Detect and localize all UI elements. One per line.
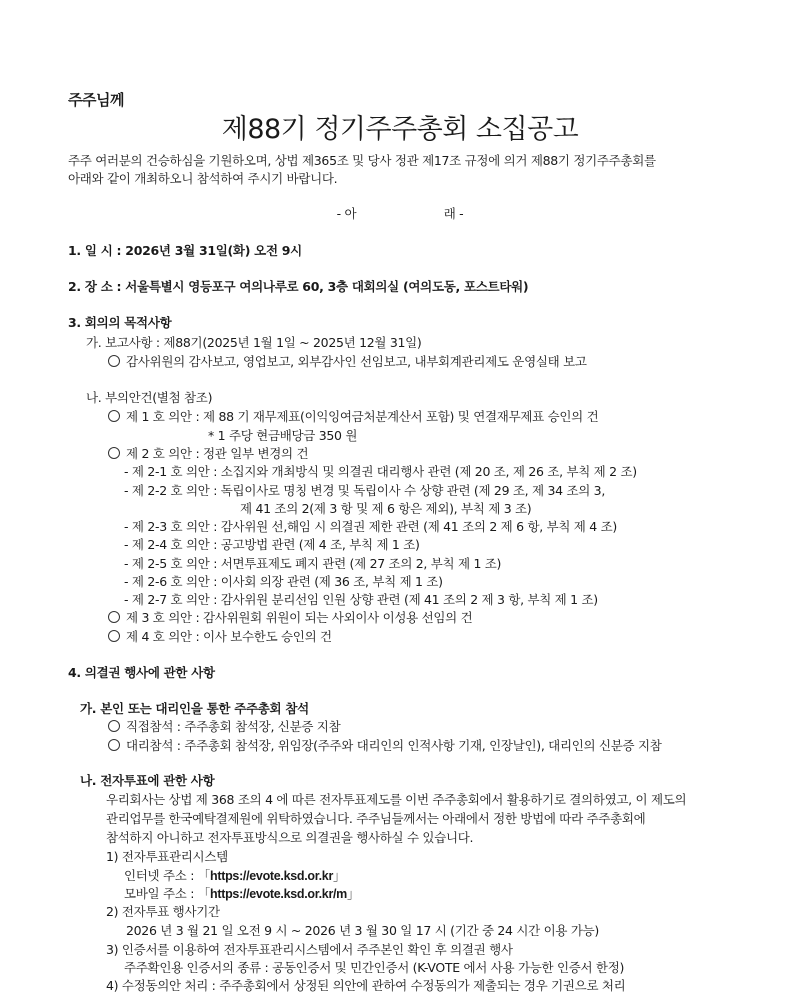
section-agenda-heading: 3. 회의의 목적사항 bbox=[68, 313, 171, 331]
sub-agenda-2-1: - 제 2-1 호 의안 : 소집지와 개최방식 및 의결권 대리행사 관련 (… bbox=[124, 462, 637, 480]
intro-line-1: 주주 여러분의 건승하심을 기원하오며, 상법 제365조 및 당사 정관 제1… bbox=[68, 151, 656, 169]
agenda-item-4: 제 4 호 의안 : 이사 보수한도 승인의 건 bbox=[108, 627, 332, 645]
report-item-text: 감사위원의 감사보고, 영업보고, 외부감사인 선임보고, 내부회계관리제도 운… bbox=[126, 354, 587, 369]
evote-certificate-heading: 3) 인증서를 이용하여 전자투표관리시스템에서 주주본인 확인 후 의결권 행… bbox=[106, 940, 513, 958]
internet-address-label: 인터넷 주소 : 「 bbox=[124, 868, 210, 883]
circle-bullet-icon bbox=[108, 739, 120, 751]
sub-agenda-2-2: - 제 2-2 호 의안 : 독립이사로 명칭 변경 및 독립이사 수 상향 관… bbox=[124, 481, 605, 499]
evote-period-detail: 2026 년 3 월 21 일 오전 9 시 ~ 2026 년 3 월 30 일… bbox=[126, 921, 599, 939]
attendance-heading: 가. 본인 또는 대리인을 통한 주주총회 참석 bbox=[80, 699, 309, 717]
agenda-item-2-text: 제 2 호 의안 : 정관 일부 변경의 건 bbox=[126, 446, 308, 461]
circle-bullet-icon bbox=[108, 611, 120, 623]
circle-bullet-icon bbox=[108, 720, 120, 732]
sub-agenda-2-4: - 제 2-4 호 의안 : 공고방법 관련 (제 4 조, 부칙 제 1 조) bbox=[124, 535, 420, 553]
sub-agenda-2-7: - 제 2-7 호 의안 : 감사위원 분리선임 인원 상향 관련 (제 41 … bbox=[124, 590, 598, 608]
evote-heading: 나. 전자투표에 관한 사항 bbox=[80, 771, 214, 789]
direct-attendance: 직접참석 : 주주총회 참석장, 신분증 지참 bbox=[108, 717, 340, 735]
agenda-item-3: 제 3 호 의안 : 감사위원회 위원이 되는 사외이사 이성용 선임의 건 bbox=[108, 608, 472, 626]
agenda-heading: 나. 부의안건(별첨 참조) bbox=[86, 388, 212, 406]
proxy-attendance-text: 대리참석 : 주주총회 참석장, 위임장(주주와 대리인의 인적사항 기재, 인… bbox=[126, 738, 662, 753]
evote-paragraph-2: 관리업무를 한국예탁결제원에 위탁하였습니다. 주주님들께서는 아래에서 정한 … bbox=[106, 809, 645, 827]
section-voting-heading: 4. 의결권 행사에 관한 사항 bbox=[68, 663, 215, 681]
sub-agenda-2-3: - 제 2-3 호 의안 : 감사위원 선,해임 시 의결권 제한 관련 (제 … bbox=[124, 517, 617, 535]
circle-bullet-icon bbox=[108, 447, 120, 459]
agenda-item-1: 제 1 호 의안 : 제 88 기 재무제표(이익잉여금처분계산서 포함) 및 … bbox=[108, 407, 598, 425]
agenda-item-2: 제 2 호 의안 : 정관 일부 변경의 건 bbox=[108, 444, 308, 462]
evote-period-heading: 2) 전자투표 행사기간 bbox=[106, 902, 220, 920]
details-marker: - 아 래 - bbox=[0, 204, 800, 222]
circle-bullet-icon bbox=[108, 630, 120, 642]
details-marker-right: 래 - bbox=[444, 204, 464, 222]
close-bracket: 」 bbox=[333, 868, 345, 883]
report-item: 감사위원의 감사보고, 영업보고, 외부감사인 선임보고, 내부회계관리제도 운… bbox=[108, 352, 587, 370]
evote-paragraph-3: 참석하지 아니하고 전자투표방식으로 의결권을 행사하실 수 있습니다. bbox=[106, 828, 473, 846]
section-date: 1. 일 시 : 2026년 3월 31일(화) 오전 9시 bbox=[68, 241, 302, 259]
details-marker-left: - 아 bbox=[337, 204, 357, 222]
agenda-item-4-text: 제 4 호 의안 : 이사 보수한도 승인의 건 bbox=[126, 629, 332, 644]
evote-amendment-handling: 4) 수정동의안 처리 : 주주총회에서 상정된 의안에 관하여 수정동의가 제… bbox=[106, 976, 625, 994]
evote-paragraph-1: 우리회사는 상법 제 368 조의 4 에 따른 전자투표제도를 이번 주주총회… bbox=[106, 790, 686, 808]
sub-agenda-2-6: - 제 2-6 호 의안 : 이사회 의장 관련 (제 36 조, 부칙 제 1… bbox=[124, 572, 443, 590]
circle-bullet-icon bbox=[108, 355, 120, 367]
agenda-item-1-text: 제 1 호 의안 : 제 88 기 재무제표(이익잉여금처분계산서 포함) 및 … bbox=[126, 409, 598, 424]
mobile-address-label: 모바일 주소 : 「 bbox=[124, 886, 210, 901]
circle-bullet-icon bbox=[108, 410, 120, 422]
agenda-item-3-text: 제 3 호 의안 : 감사위원회 위원이 되는 사외이사 이성용 선임의 건 bbox=[126, 610, 472, 625]
page-title: 제88기 정기주주총회 소집공고 bbox=[0, 107, 800, 146]
sub-agenda-2-5: - 제 2-5 호 의안 : 서면투표제도 폐지 관련 (제 27 조의 2, … bbox=[124, 554, 501, 572]
close-bracket: 」 bbox=[347, 886, 359, 901]
proxy-attendance: 대리참석 : 주주총회 참석장, 위임장(주주와 대리인의 인적사항 기재, 인… bbox=[108, 736, 662, 754]
direct-attendance-text: 직접참석 : 주주총회 참석장, 신분증 지참 bbox=[126, 719, 340, 734]
mobile-address-link[interactable]: https://evote.ksd.or.kr/m bbox=[210, 887, 347, 901]
report-heading: 가. 보고사항 : 제88기(2025년 1월 1일 ~ 2025년 12월 3… bbox=[86, 333, 422, 351]
evote-certificate-detail: 주주확인용 인증서의 종류 : 공동인증서 및 민간인증서 (K-VOTE 에서… bbox=[124, 958, 624, 976]
evote-mobile-address: 모바일 주소 : 「https://evote.ksd.or.kr/m」 bbox=[124, 884, 359, 902]
dividend-note: * 1 주당 현금배당금 350 원 bbox=[208, 426, 357, 444]
internet-address-link[interactable]: https://evote.ksd.or.kr bbox=[210, 869, 333, 883]
sub-agenda-2-2-cont: 제 41 조의 2(제 3 항 및 제 6 항은 제외), 부칙 제 3 조) bbox=[240, 499, 531, 517]
evote-internet-address: 인터넷 주소 : 「https://evote.ksd.or.kr」 bbox=[124, 866, 345, 884]
intro-line-2: 아래와 같이 개최하오니 참석하여 주시기 바랍니다. bbox=[68, 169, 337, 187]
section-location: 2. 장 소 : 서울특별시 영등포구 여의나루로 60, 3층 대회의실 (여… bbox=[68, 277, 528, 295]
evote-system-heading: 1) 전자투표관리시스템 bbox=[106, 847, 228, 865]
